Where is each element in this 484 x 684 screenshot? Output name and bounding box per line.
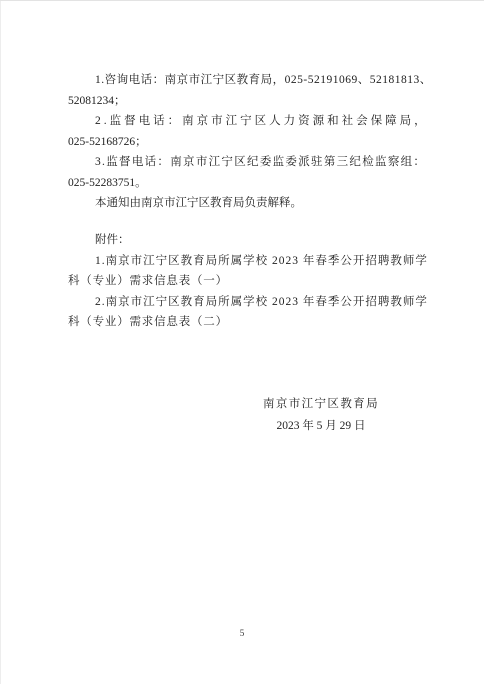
attachments-section: 附件： 1.南京市江宁区教育局所属学校 2023 年春季公开招聘教师学 科（专业… <box>68 230 420 333</box>
document-page: 1.咨询电话：南京市江宁区教育局，025-52191069、52181813、 … <box>0 0 484 684</box>
supervision-phone-line-2: 3.监督电话：南京市江宁区纪委监委派驻第三纪检监察组： <box>68 152 420 173</box>
page-number: 5 <box>0 627 484 641</box>
consultation-phone-line-wrap: 52081234； <box>68 91 420 112</box>
interpretation-note-line: 本通知由南京市江宁区教育局负责解释。 <box>68 193 420 214</box>
consultation-phone-line: 1.咨询电话：南京市江宁区教育局，025-52191069、52181813、 <box>68 70 420 91</box>
attachments-label: 附件： <box>68 230 420 251</box>
supervision-phone-line-1: 2.监督电话：南京市江宁区人力资源和社会保障局， <box>68 111 420 132</box>
contact-info-section: 1.咨询电话：南京市江宁区教育局，025-52191069、52181813、 … <box>68 70 420 214</box>
issuing-organization: 南京市江宁区教育局 <box>221 394 421 416</box>
attachment-item-1-line-2: 科（专业）需求信息表（一） <box>68 271 420 292</box>
supervision-phone-line-2-wrap: 025-52283751。 <box>68 173 420 194</box>
issue-date: 2023 年 5 月 29 日 <box>221 416 421 438</box>
signature-section: 南京市江宁区教育局 2023 年 5 月 29 日 <box>221 394 421 437</box>
attachment-item-2-line-2: 科（专业）需求信息表（二） <box>68 312 420 333</box>
supervision-phone-line-1-wrap: 025-52168726； <box>68 132 420 153</box>
attachment-item-1-line-1: 1.南京市江宁区教育局所属学校 2023 年春季公开招聘教师学 <box>68 251 420 272</box>
attachment-item-2-line-1: 2.南京市江宁区教育局所属学校 2023 年春季公开招聘教师学 <box>68 292 420 313</box>
